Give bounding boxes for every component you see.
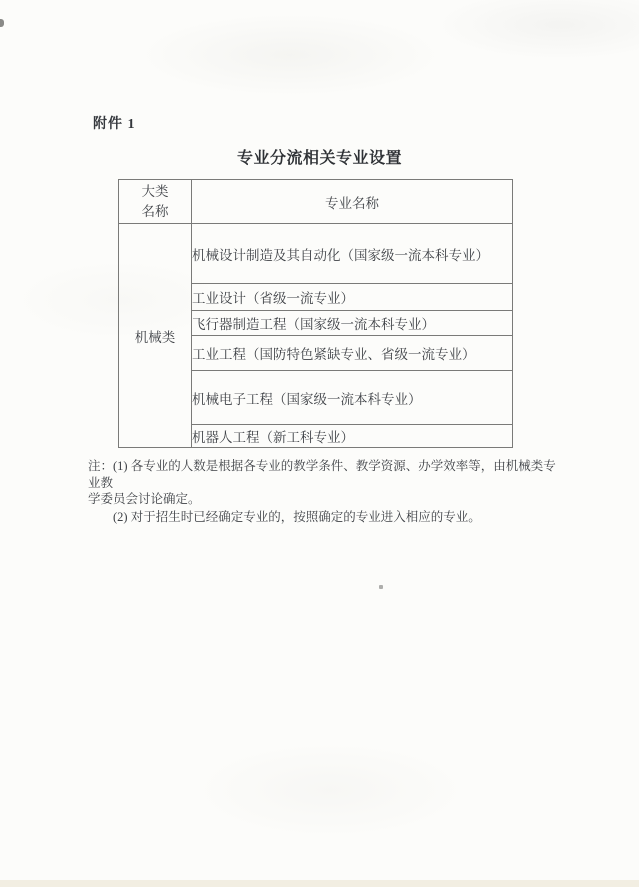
major-cell: 机器人工程（新工科专业） [192, 425, 513, 448]
notes-block: 注：(1) 各专业的人数是根据各专业的教学条件、教学资源、办学效率等，由机械类专… [88, 458, 566, 525]
category-cell: 机械类 [119, 224, 192, 448]
major-cell: 机械设计制造及其自动化（国家级一流本科专业） [192, 224, 513, 284]
scan-edge-mark [0, 19, 4, 27]
table-header-row: 大类 名称 专业名称 [119, 180, 513, 224]
note-line: 注：(1) 各专业的人数是根据各专业的教学条件、教学资源、办学效率等，由机械类专… [88, 458, 566, 491]
header-category-name: 大类 名称 [119, 180, 192, 224]
note-line: (2) 对于招生时已经确定专业的，按照确定的专业进入相应的专业。 [88, 509, 566, 526]
header-major-name: 专业名称 [192, 180, 513, 224]
major-cell: 飞行器制造工程（国家级一流本科专业） [192, 311, 513, 336]
scan-speck [379, 585, 383, 589]
major-cell: 工业工程（国防特色紧缺专业、省级一流专业） [192, 336, 513, 371]
attachment-label: 附件 1 [93, 113, 136, 133]
document-title: 专业分流相关专业设置 [0, 145, 639, 168]
scan-bottom-edge [0, 880, 639, 887]
major-cell: 工业设计（省级一流专业） [192, 284, 513, 311]
major-cell: 机械电子工程（国家级一流本科专业） [192, 371, 513, 425]
majors-table: 大类 名称 专业名称 机械类 机械设计制造及其自动化（国家级一流本科专业） 工业… [118, 179, 513, 448]
note-line: 学委员会讨论确定。 [88, 491, 566, 508]
table-row: 机械类 机械设计制造及其自动化（国家级一流本科专业） [119, 224, 513, 284]
